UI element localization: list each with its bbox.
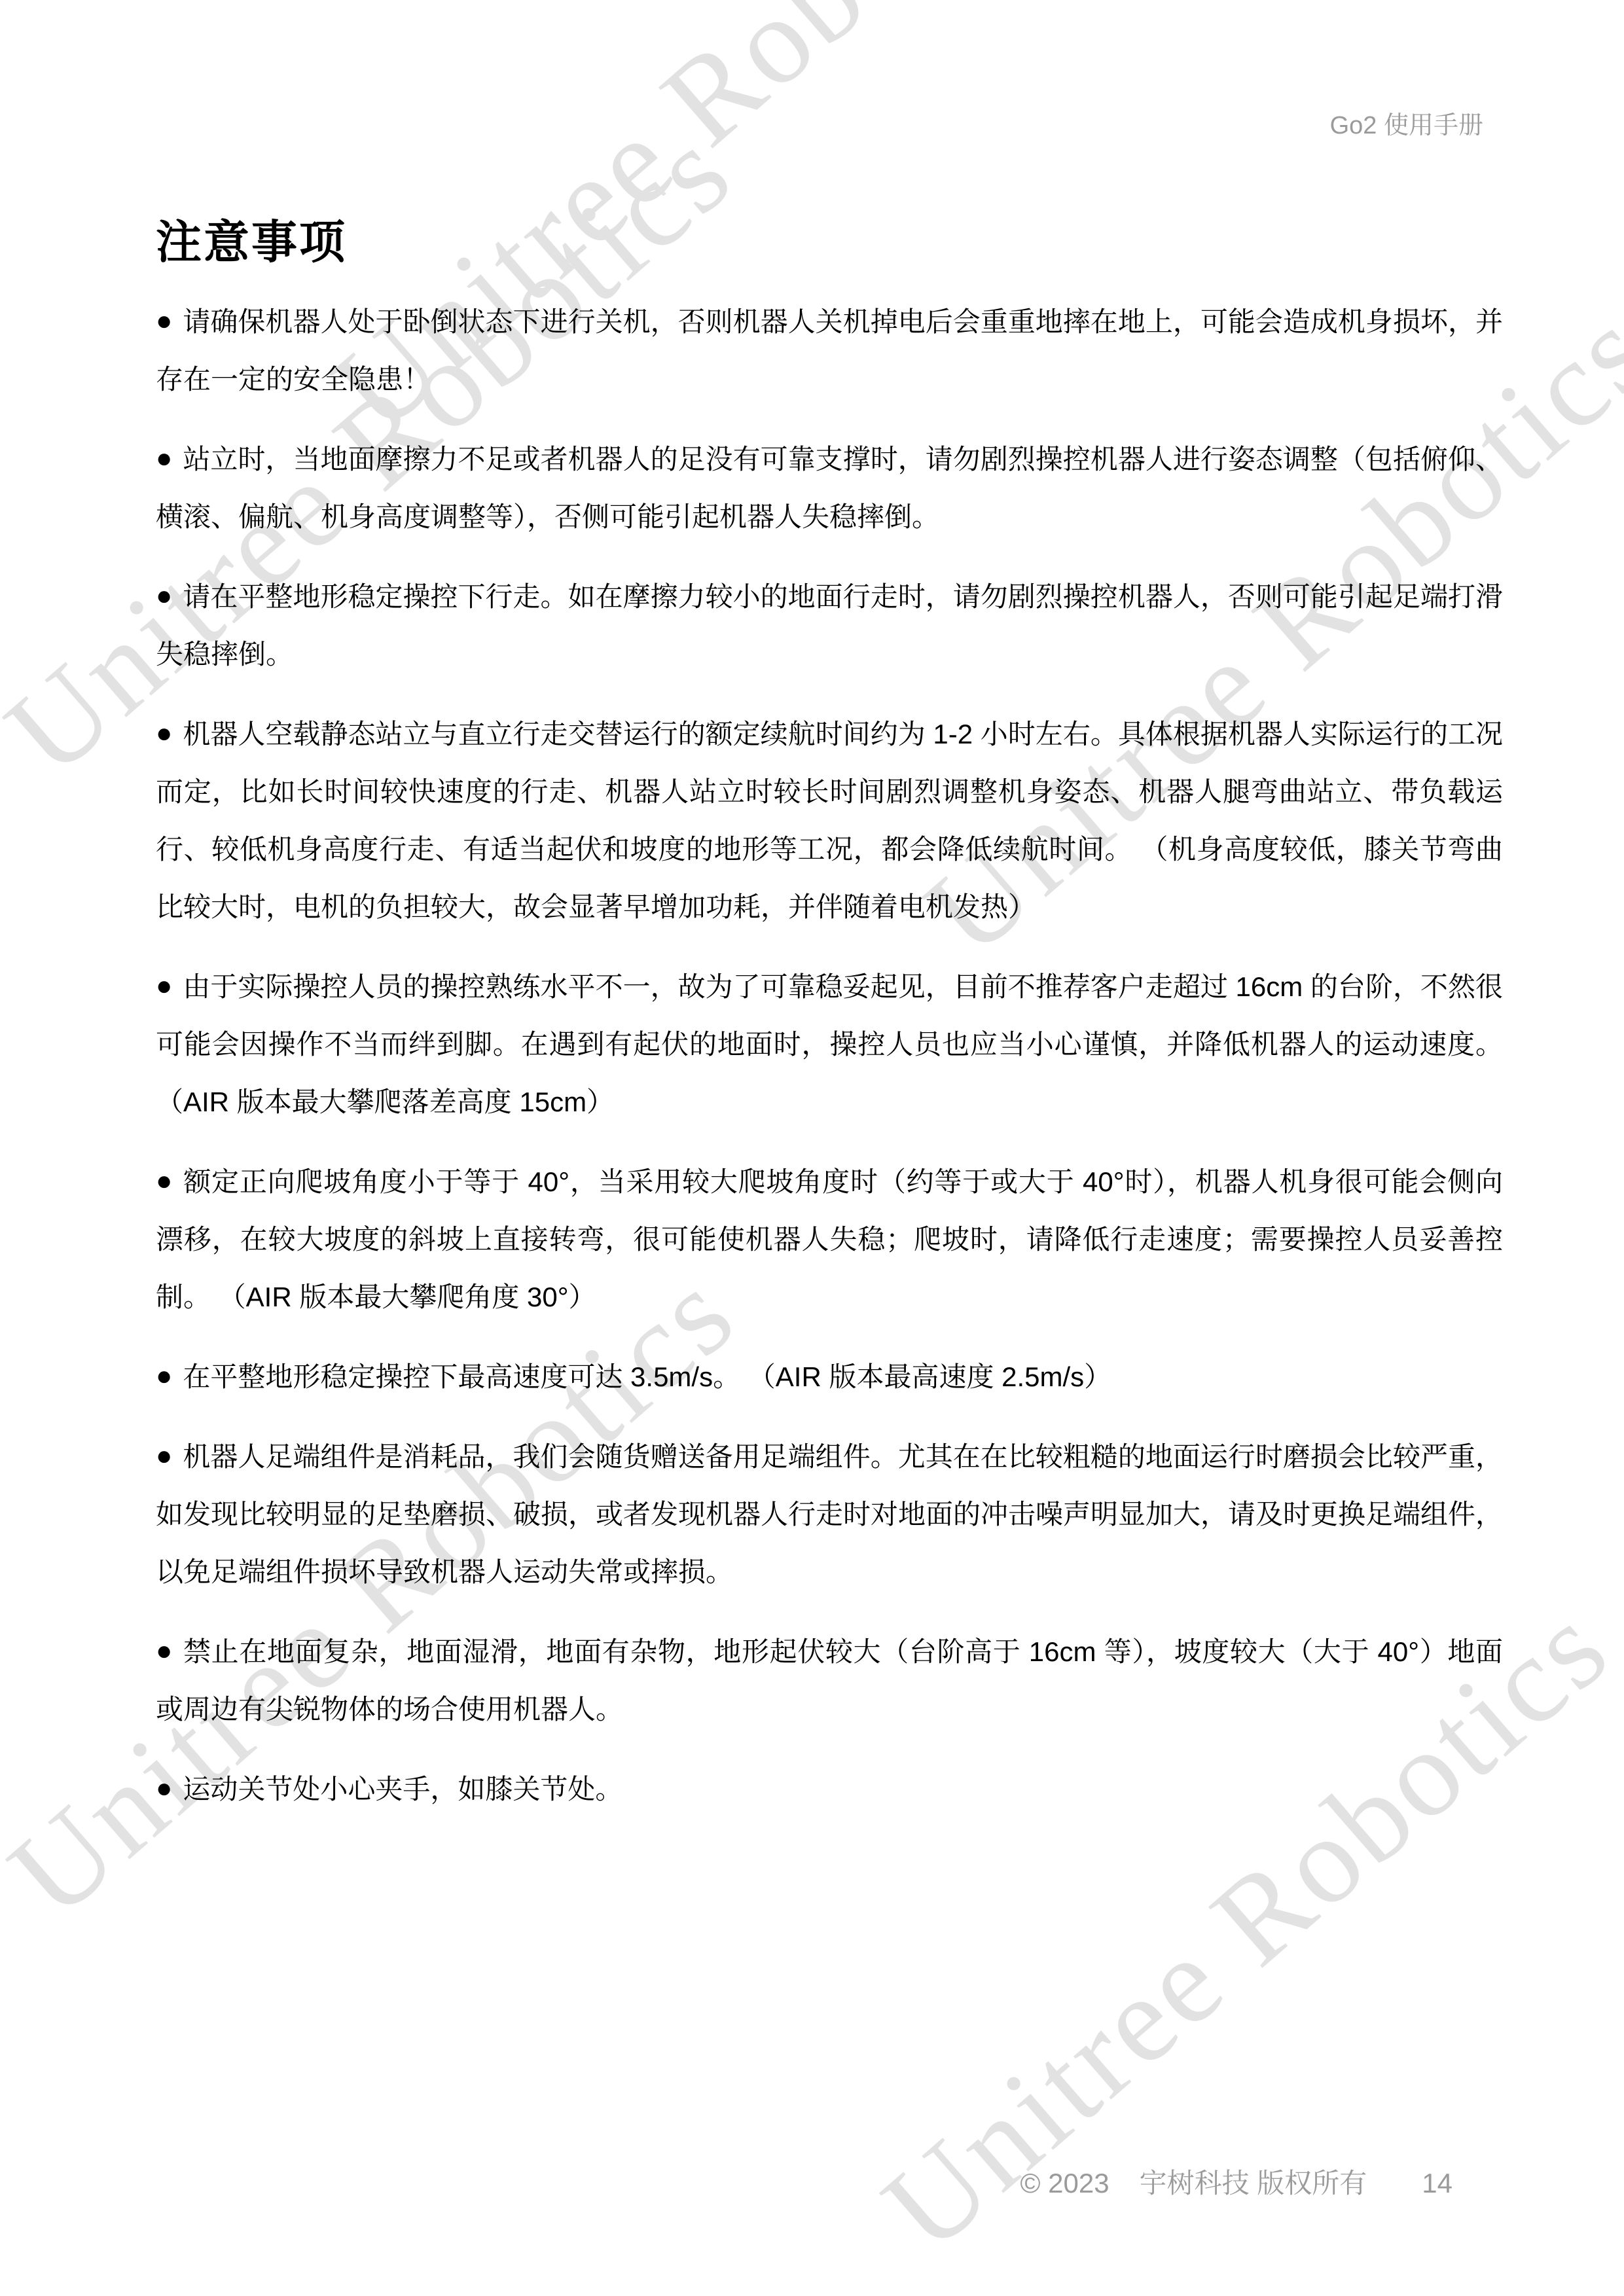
note-text: 站立时，当地面摩擦力不足或者机器人的足没有可靠支撑时，请勿剧烈操控机器人进行姿态… — [156, 444, 1503, 532]
list-item: ●在平整地形稳定操控下最高速度可达 3.5m/s。 （AIR 版本最高速度 2.… — [156, 1348, 1503, 1406]
bullet-icon: ● — [156, 704, 172, 762]
note-text: 在平整地形稳定操控下最高速度可达 3.5m/s。 （AIR 版本最高速度 2.5… — [183, 1361, 1111, 1392]
list-item: ●请在平整地形稳定操控下行走。如在摩擦力较小的地面行走时，请勿剧烈操控机器人，否… — [156, 568, 1503, 683]
note-text: 请确保机器人处于卧倒状态下进行关机，否则机器人关机掉电后会重重地摔在地上，可能会… — [156, 306, 1503, 395]
list-item: ●机器人足端组件是消耗品，我们会随货赠送备用足端组件。尤其在在比较粗糙的地面运行… — [156, 1428, 1503, 1601]
list-item: ●机器人空载静态站立与直立行走交替运行的额定续航时间约为 1-2 小时左右。具体… — [156, 706, 1503, 936]
page-title: 注意事项 — [156, 216, 347, 268]
list-item: ●请确保机器人处于卧倒状态下进行关机，否则机器人关机掉电后会重重地摔在地上，可能… — [156, 293, 1503, 408]
bullet-icon: ● — [156, 1622, 172, 1679]
list-item: ●禁止在地面复杂，地面湿滑，地面有杂物，地形起伏较大（台阶高于 16cm 等），… — [156, 1623, 1503, 1738]
bullet-icon: ● — [156, 1427, 172, 1484]
list-item: ●站立时，当地面摩擦力不足或者机器人的足没有可靠支撑时，请勿剧烈操控机器人进行姿… — [156, 431, 1503, 546]
page-header-manual-name: Go2 使用手册 — [1330, 111, 1483, 140]
note-text: 由于实际操控人员的操控熟练水平不一，故为了可靠稳妥起见，目前不推荐客户走超过 1… — [156, 971, 1503, 1117]
note-text: 机器人足端组件是消耗品，我们会随货赠送备用足端组件。尤其在在比较粗糙的地面运行时… — [156, 1441, 1503, 1587]
list-item: ●额定正向爬坡角度小于等于 40°，当采用较大爬坡角度时（约等于或大于 40°时… — [156, 1153, 1503, 1326]
note-text: 请在平整地形稳定操控下行走。如在摩擦力较小的地面行走时，请勿剧烈操控机器人，否则… — [156, 581, 1503, 670]
list-item: ●运动关节处小心夹手，如膝关节处。 — [156, 1761, 1503, 1818]
bullet-icon: ● — [156, 1347, 172, 1405]
manual-page: Unitree RoboticsUnitree RoboticsUnitree … — [0, 0, 1624, 2296]
bullet-icon: ● — [156, 957, 172, 1014]
note-text: 运动关节处小心夹手，如膝关节处。 — [183, 1774, 623, 1804]
bullet-icon: ● — [156, 429, 172, 487]
note-text: 机器人空载静态站立与直立行走交替运行的额定续航时间约为 1-2 小时左右。具体根… — [156, 719, 1503, 922]
footer-copyright: © 2023 — [1020, 2165, 1110, 2202]
bullet-icon: ● — [156, 1152, 172, 1210]
bullet-icon: ● — [156, 1759, 172, 1817]
precautions-list: ●请确保机器人处于卧倒状态下进行关机，否则机器人关机掉电后会重重地摔在地上，可能… — [156, 293, 1503, 1840]
page-footer: © 2023 宇树科技 版权所有 14 — [0, 2165, 1624, 2202]
bullet-icon: ● — [156, 567, 172, 624]
list-item: ●由于实际操控人员的操控熟练水平不一，故为了可靠稳妥起见，目前不推荐客户走超过 … — [156, 958, 1503, 1131]
footer-page-number: 14 — [1422, 2165, 1453, 2202]
bullet-icon: ● — [156, 292, 172, 350]
footer-company: 宇树科技 版权所有 — [1140, 2165, 1367, 2202]
note-text: 额定正向爬坡角度小于等于 40°，当采用较大爬坡角度时（约等于或大于 40°时）… — [156, 1166, 1503, 1312]
note-text: 禁止在地面复杂，地面湿滑，地面有杂物，地形起伏较大（台阶高于 16cm 等），坡… — [156, 1636, 1503, 1725]
